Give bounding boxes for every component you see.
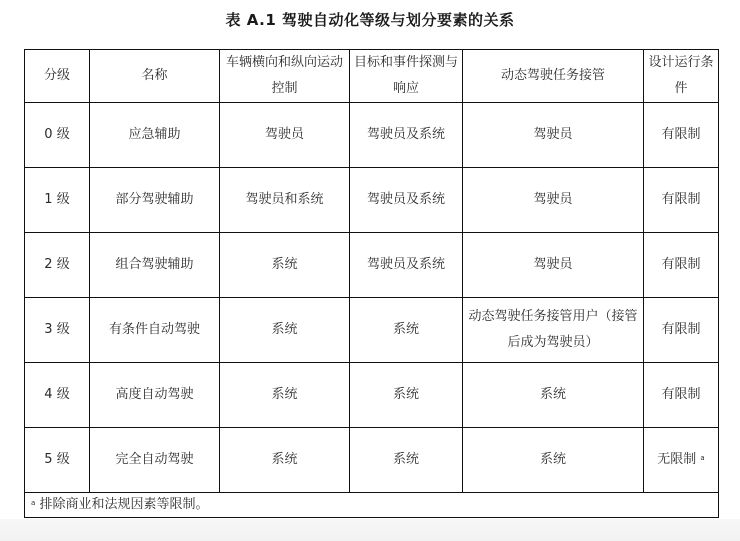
cell-odd: 无限制 a — [644, 428, 719, 493]
cell-fallback: 驾驶员 — [463, 168, 644, 233]
table-row: 3 级 有条件自动驾驶 系统 系统 动态驾驶任务接管用户（接管后成为驾驶员） 有… — [25, 298, 719, 363]
page-bottom-margin — [0, 519, 740, 541]
header-control: 车辆横向和纵向运动控制 — [220, 50, 350, 103]
table-row: 2 级 组合驾驶辅助 系统 驾驶员及系统 驾驶员 有限制 — [25, 233, 719, 298]
cell-odd: 有限制 — [644, 298, 719, 363]
footnote-marker: a — [700, 454, 704, 462]
footnote-marker: a — [31, 499, 35, 507]
cell-oedr: 驾驶员及系统 — [350, 168, 463, 233]
cell-odd: 有限制 — [644, 103, 719, 168]
cell-oedr: 驾驶员及系统 — [350, 233, 463, 298]
cell-odd: 有限制 — [644, 233, 719, 298]
cell-level: 5 级 — [25, 428, 90, 493]
cell-oedr: 驾驶员及系统 — [350, 103, 463, 168]
header-fallback: 动态驾驶任务接管 — [463, 50, 644, 103]
footnote-row: a 排除商业和法规因素等限制。 — [25, 493, 719, 518]
cell-control: 驾驶员和系统 — [220, 168, 350, 233]
header-odd: 设计运行条件 — [644, 50, 719, 103]
cell-name: 应急辅助 — [90, 103, 220, 168]
cell-control: 系统 — [220, 233, 350, 298]
cell-fallback: 系统 — [463, 363, 644, 428]
cell-level: 3 级 — [25, 298, 90, 363]
header-level: 分级 — [25, 50, 90, 103]
cell-fallback: 驾驶员 — [463, 103, 644, 168]
cell-name: 有条件自动驾驶 — [90, 298, 220, 363]
footnote-text: 排除商业和法规因素等限制。 — [39, 497, 208, 512]
cell-control: 驾驶员 — [220, 103, 350, 168]
table-row: 0 级 应急辅助 驾驶员 驾驶员及系统 驾驶员 有限制 — [25, 103, 719, 168]
cell-fallback: 动态驾驶任务接管用户（接管后成为驾驶员） — [463, 298, 644, 363]
cell-control: 系统 — [220, 298, 350, 363]
cell-odd: 有限制 — [644, 168, 719, 233]
cell-control: 系统 — [220, 428, 350, 493]
cell-fallback: 驾驶员 — [463, 233, 644, 298]
table-title: 表 A.1 驾驶自动化等级与划分要素的关系 — [0, 9, 740, 30]
table-row: 1 级 部分驾驶辅助 驾驶员和系统 驾驶员及系统 驾驶员 有限制 — [25, 168, 719, 233]
cell-name: 部分驾驶辅助 — [90, 168, 220, 233]
cell-level: 0 级 — [25, 103, 90, 168]
cell-name: 高度自动驾驶 — [90, 363, 220, 428]
cell-control: 系统 — [220, 363, 350, 428]
cell-name: 组合驾驶辅助 — [90, 233, 220, 298]
header-name: 名称 — [90, 50, 220, 103]
cell-odd: 有限制 — [644, 363, 719, 428]
header-row: 分级 名称 车辆横向和纵向运动控制 目标和事件探测与响应 动态驾驶任务接管 设计… — [25, 50, 719, 103]
cell-oedr: 系统 — [350, 298, 463, 363]
cell-odd-value: 无限制 — [657, 452, 696, 467]
cell-level: 1 级 — [25, 168, 90, 233]
cell-name: 完全自动驾驶 — [90, 428, 220, 493]
cell-oedr: 系统 — [350, 428, 463, 493]
table-row: 5 级 完全自动驾驶 系统 系统 系统 无限制 a — [25, 428, 719, 493]
footnote-cell: a 排除商业和法规因素等限制。 — [25, 493, 719, 518]
cell-level: 2 级 — [25, 233, 90, 298]
cell-fallback: 系统 — [463, 428, 644, 493]
cell-level: 4 级 — [25, 363, 90, 428]
header-oedr: 目标和事件探测与响应 — [350, 50, 463, 103]
cell-oedr: 系统 — [350, 363, 463, 428]
automation-levels-table: 分级 名称 车辆横向和纵向运动控制 目标和事件探测与响应 动态驾驶任务接管 设计… — [24, 49, 719, 518]
table-row: 4 级 高度自动驾驶 系统 系统 系统 有限制 — [25, 363, 719, 428]
